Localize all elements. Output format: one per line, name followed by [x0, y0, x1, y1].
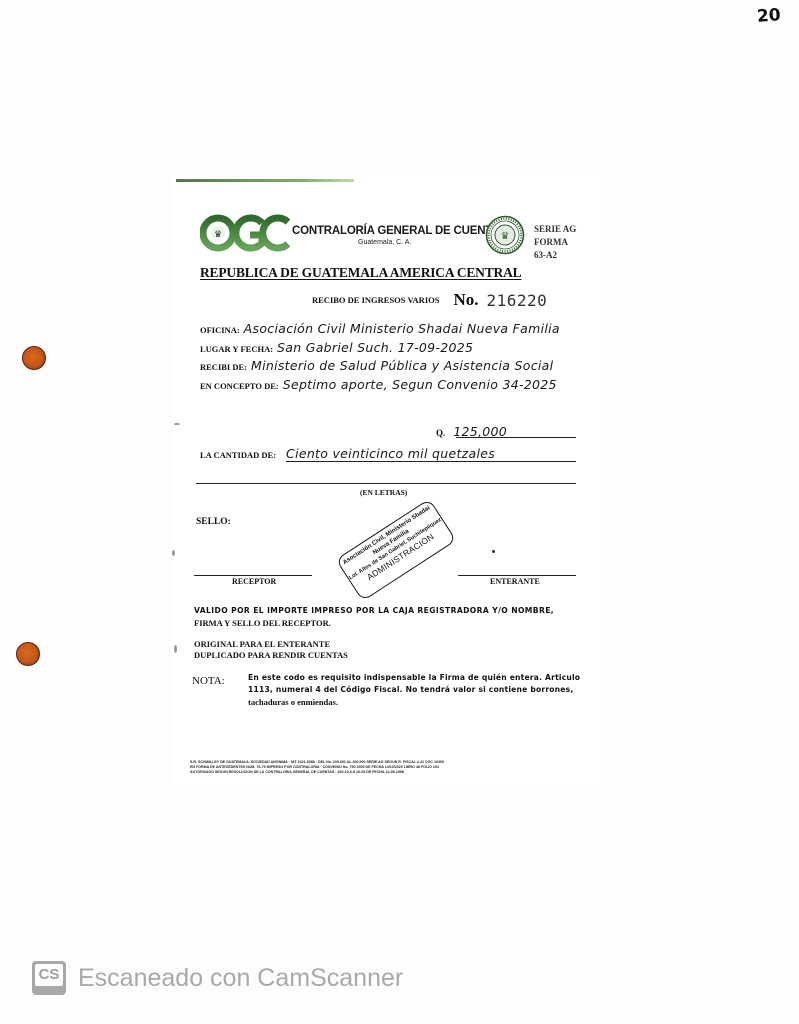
organization-stamp: Asociación Civil, Ministerio Shadai Nuev… — [335, 499, 456, 602]
svg-text:♛: ♛ — [214, 230, 222, 240]
scan-speck — [492, 550, 495, 553]
en-letras-label: (EN LETRAS) — [360, 488, 407, 497]
amount-underline — [456, 437, 576, 438]
validity-notice: VALIDO POR EL IMPORTE IMPRESO POR LA CAJ… — [194, 605, 594, 629]
enterante-signature-line — [458, 575, 576, 576]
printer-fineprint: S.R. SCHWILLEY DE GUATEMALA, SOCIEDAD AN… — [190, 760, 540, 775]
recibi-de-label: RECIBI DE: — [200, 362, 247, 372]
forma-label: FORMA 63-A2 — [534, 236, 580, 262]
validity-line-2: FIRMA Y SELLO DEL RECEPTOR. — [194, 617, 594, 629]
receipt-type: RECIBO DE INGRESOS VARIOS — [312, 295, 439, 305]
nota-line-2: 1113, numeral 4 del Código Fiscal. No te… — [248, 684, 588, 696]
copy-duplicado: DUPLICADO PARA RENDIR CUENTAS — [194, 650, 348, 661]
nota-label: NOTA: — [192, 675, 225, 687]
scan-speck — [172, 550, 175, 556]
receipt-number-line: RECIBO DE INGRESOS VARIOS No. 216220 — [312, 290, 547, 310]
concepto-label: EN CONCEPTO DE: — [200, 381, 279, 391]
sello-label: SELLO: — [196, 517, 231, 527]
enterante-label: ENTERANTE — [490, 577, 540, 586]
camscanner-watermark: CS Escaneado con CamScanner — [32, 960, 403, 996]
field-recibi-de: RECIBI DE: Ministerio de Salud Pública y… — [200, 357, 553, 375]
receipt-form: ♛ CONTRALORÍA GENERAL DE CUENTAS Guatema… — [172, 175, 602, 790]
svg-text:♛: ♛ — [501, 231, 510, 242]
page-number: 20 — [756, 5, 781, 27]
lugar-fecha-value: San Gabriel Such. 17-09-2025 — [277, 340, 473, 355]
lugar-fecha-label: LUGAR Y FECHA: — [200, 344, 273, 354]
cantidad-value: Ciento veinticinco mil quetzales — [286, 446, 495, 461]
letras-underline — [196, 483, 576, 484]
field-oficina: OFICINA: Asociación Civil Ministerio Sha… — [200, 320, 560, 338]
national-seal-icon: ♛ — [485, 215, 525, 255]
cantidad-underline — [286, 461, 576, 462]
copy-original: ORIGINAL PARA EL ENTERANTE — [194, 639, 348, 650]
nota-line-3: tachaduras o enmiendas. — [248, 696, 588, 708]
concepto-value: Septimo aporte, Segun Convenio 34-2025 — [283, 377, 557, 392]
fineprint-line-3: AUTORIZADO SEGUN RESOLUCION DE LA CONTRA… — [190, 770, 540, 775]
receptor-label: RECEPTOR — [232, 577, 276, 586]
organization-location: Guatemala, C. A. — [358, 239, 411, 246]
copies-notice: ORIGINAL PARA EL ENTERANTE DUPLICADO PAR… — [194, 639, 348, 661]
watermark-text: Escaneado con CamScanner — [78, 964, 403, 993]
currency-label: Q. — [436, 428, 445, 438]
receptor-signature-line — [194, 575, 312, 576]
camscanner-logo-icon: CS — [32, 961, 66, 995]
form-series: SERIE AG FORMA 63-A2 — [534, 223, 580, 262]
nota-text: En este codo es requisito indispensable … — [248, 672, 588, 708]
cantidad-label: LA CANTIDAD DE: — [200, 450, 276, 460]
field-concepto: EN CONCEPTO DE: Septimo aporte, Segun Co… — [200, 376, 557, 394]
receipt-header: ♛ CONTRALORÍA GENERAL DE CUENTAS Guatema… — [200, 213, 580, 253]
nota-line-1: En este codo es requisito indispensable … — [248, 672, 588, 684]
validity-line-1: VALIDO POR EL IMPORTE IMPRESO POR LA CAJ… — [194, 605, 594, 617]
field-lugar-fecha: LUGAR Y FECHA: San Gabriel Such. 17-09-2… — [200, 339, 473, 357]
serie-label: SERIE AG — [534, 223, 580, 236]
organization-name: CONTRALORÍA GENERAL DE CUENTAS — [292, 225, 507, 237]
oficina-label: OFICINA: — [200, 325, 240, 335]
amount-field: Q. 125,000 — [436, 423, 507, 441]
oficina-value: Asociación Civil Ministerio Shadai Nueva… — [244, 321, 560, 336]
scan-speck — [174, 423, 180, 425]
cs-icon-text: CS — [35, 964, 63, 986]
punch-hole — [16, 642, 40, 666]
receipt-number: 216220 — [487, 291, 548, 310]
scan-speck — [174, 645, 177, 653]
republic-title: REPUBLICA DE GUATEMALA AMERICA CENTRAL — [200, 265, 521, 281]
number-label: No. — [453, 290, 478, 309]
punch-hole — [22, 346, 46, 370]
perforation-edge — [176, 179, 354, 182]
recibi-de-value: Ministerio de Salud Pública y Asistencia… — [251, 358, 553, 373]
cgc-logo-icon: ♛ — [200, 213, 290, 253]
